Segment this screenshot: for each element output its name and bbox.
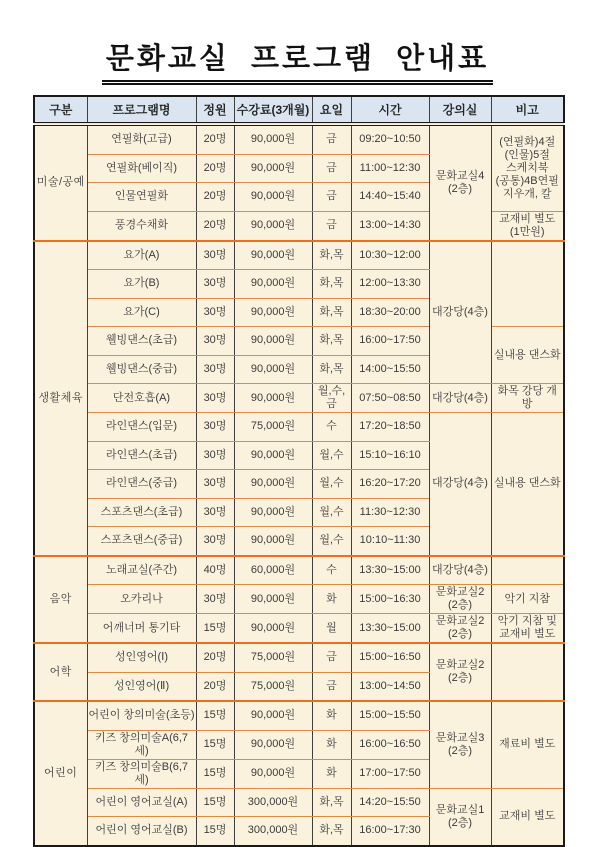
room-cell: 문화교실2 (2층) (429, 585, 491, 614)
time-cell: 17:00~17:50 (351, 759, 429, 788)
fee-cell: 90,000원 (234, 585, 312, 614)
time-cell: 16:00~17:30 (351, 817, 429, 846)
day-cell: 금 (312, 672, 351, 701)
day-cell: 화 (312, 759, 351, 788)
column-header: 시간 (351, 96, 429, 124)
capacity-cell: 20명 (196, 643, 234, 672)
time-cell: 13:00~14:50 (351, 672, 429, 701)
program-cell: 스포츠댄스(중급) (87, 527, 196, 556)
time-cell: 14:40~15:40 (351, 183, 429, 212)
table-row: 어깨너머 통기타15명90,000원월13:30~15:00문화교실2 (2층)… (34, 614, 564, 644)
header-row: 구분프로그램명정원수강료(3개월)요일시간강의실비고 (34, 96, 564, 124)
category-cell: 미술/공예 (34, 124, 87, 241)
capacity-cell: 30명 (196, 527, 234, 556)
fee-cell: 60,000원 (234, 556, 312, 585)
time-cell: 13:00~14:30 (351, 211, 429, 241)
capacity-cell: 40명 (196, 556, 234, 585)
fee-cell: 90,000원 (234, 355, 312, 384)
capacity-cell: 30명 (196, 470, 234, 499)
fee-cell: 90,000원 (234, 384, 312, 413)
capacity-cell: 15명 (196, 701, 234, 730)
program-cell: 성인영어(Ⅰ) (87, 643, 196, 672)
fee-cell: 75,000원 (234, 643, 312, 672)
column-header: 요일 (312, 96, 351, 124)
day-cell: 화,목 (312, 817, 351, 846)
capacity-cell: 20명 (196, 211, 234, 241)
program-cell: 요가(C) (87, 298, 196, 327)
room-cell: 대강당(4층) (429, 241, 491, 384)
fee-cell: 300,000원 (234, 817, 312, 846)
room-cell: 문화교실4 (2층) (429, 124, 491, 241)
table-row: 어린이 영어교실(A)15명300,000원화,목14:20~15:50문화교실… (34, 788, 564, 817)
program-cell: 요가(A) (87, 241, 196, 270)
program-cell: 풍경수채화 (87, 211, 196, 241)
time-cell: 16:00~17:50 (351, 327, 429, 356)
capacity-cell: 30명 (196, 413, 234, 442)
title-bar: 문화교실 프로그램 안내표 (0, 36, 595, 85)
day-cell: 월,수 (312, 470, 351, 499)
day-cell: 수 (312, 556, 351, 585)
time-cell: 17:20~18:50 (351, 413, 429, 442)
capacity-cell: 30명 (196, 327, 234, 356)
capacity-cell: 15명 (196, 614, 234, 644)
category-cell: 음악 (34, 556, 87, 644)
time-cell: 18:30~20:00 (351, 298, 429, 327)
room-cell: 문화교실1 (2층) (429, 788, 491, 846)
room-cell: 문화교실2 (2층) (429, 643, 491, 701)
day-cell: 화 (312, 585, 351, 614)
fee-cell: 90,000원 (234, 527, 312, 556)
table-row: 생활체육요가(A)30명90,000원화,목10:30~12:00대강당(4층) (34, 241, 564, 270)
table-row: 어린이어린이 창의미술(초등)15명90,000원화15:00~15:50문화교… (34, 701, 564, 730)
program-cell: 어린이 창의미술(초등) (87, 701, 196, 730)
note-cell (491, 241, 564, 327)
time-cell: 09:20~10:50 (351, 124, 429, 154)
fee-cell: 90,000원 (234, 241, 312, 270)
fee-cell: 90,000원 (234, 701, 312, 730)
note-cell: 교재비 별도 (491, 788, 564, 846)
program-cell: 단전호흡(A) (87, 384, 196, 413)
capacity-cell: 20명 (196, 124, 234, 154)
day-cell: 수 (312, 413, 351, 442)
day-cell: 화,목 (312, 241, 351, 270)
capacity-cell: 30명 (196, 270, 234, 299)
time-cell: 10:30~12:00 (351, 241, 429, 270)
table-row: 음악노래교실(주간)40명60,000원수13:30~15:00대강당(4층) (34, 556, 564, 585)
table-row: 어학성인영어(Ⅰ)20명75,000원금15:00~16:50문화교실2 (2층… (34, 643, 564, 672)
room-cell: 대강당(4층) (429, 556, 491, 585)
column-header: 수강료(3개월) (234, 96, 312, 124)
capacity-cell: 20명 (196, 183, 234, 212)
program-cell: 오카리나 (87, 585, 196, 614)
note-cell (491, 643, 564, 701)
day-cell: 금 (312, 643, 351, 672)
time-cell: 15:00~16:50 (351, 643, 429, 672)
note-cell: 재료비 별도 (491, 701, 564, 788)
day-cell: 금 (312, 211, 351, 241)
time-cell: 12:00~13:30 (351, 270, 429, 299)
day-cell: 화,목 (312, 298, 351, 327)
capacity-cell: 20명 (196, 154, 234, 183)
time-cell: 13:30~15:00 (351, 556, 429, 585)
column-header: 구분 (34, 96, 87, 124)
time-cell: 14:20~15:50 (351, 788, 429, 817)
program-cell: 라인댄스(입문) (87, 413, 196, 442)
note-cell: 실내용 댄스화 (491, 413, 564, 556)
time-cell: 13:30~15:00 (351, 614, 429, 644)
day-cell: 월,수 (312, 441, 351, 470)
day-cell: 화,목 (312, 355, 351, 384)
time-cell: 07:50~08:50 (351, 384, 429, 413)
program-cell: 웰빙댄스(중급) (87, 355, 196, 384)
day-cell: 월,수,금 (312, 384, 351, 413)
column-header: 프로그램명 (87, 96, 196, 124)
fee-cell: 90,000원 (234, 759, 312, 788)
fee-cell: 90,000원 (234, 270, 312, 299)
day-cell: 화,목 (312, 788, 351, 817)
note-cell: 화목 강당 개방 (491, 384, 564, 413)
fee-cell: 90,000원 (234, 470, 312, 499)
day-cell: 화 (312, 701, 351, 730)
time-cell: 16:20~17:20 (351, 470, 429, 499)
capacity-cell: 15명 (196, 759, 234, 788)
fee-cell: 90,000원 (234, 154, 312, 183)
capacity-cell: 30명 (196, 355, 234, 384)
room-cell: 문화교실3 (2층) (429, 701, 491, 788)
day-cell: 금 (312, 124, 351, 154)
fee-cell: 90,000원 (234, 298, 312, 327)
day-cell: 월 (312, 614, 351, 644)
room-cell: 문화교실2 (2층) (429, 614, 491, 644)
time-cell: 15:10~16:10 (351, 441, 429, 470)
capacity-cell: 30명 (196, 498, 234, 527)
note-cell: 악기 지참 (491, 585, 564, 614)
table-body: 미술/공예연필화(고급)20명90,000원금09:20~10:50문화교실4 … (34, 124, 564, 846)
day-cell: 월,수 (312, 527, 351, 556)
category-cell: 어학 (34, 643, 87, 701)
fee-cell: 90,000원 (234, 211, 312, 241)
program-cell: 라인댄스(초급) (87, 441, 196, 470)
note-cell: (연필화)4절 (인물)5절 스케치북 (공통)4B연필 지우개, 칼 (491, 124, 564, 211)
capacity-cell: 30명 (196, 298, 234, 327)
program-cell: 노래교실(주간) (87, 556, 196, 585)
category-cell: 생활체육 (34, 241, 87, 556)
fee-cell: 90,000원 (234, 183, 312, 212)
capacity-cell: 30명 (196, 384, 234, 413)
table-row: 라인댄스(입문)30명75,000원수17:20~18:50대강당(4층)실내용… (34, 413, 564, 442)
capacity-cell: 15명 (196, 817, 234, 846)
program-cell: 스포츠댄스(초급) (87, 498, 196, 527)
note-cell: 실내용 댄스화 (491, 327, 564, 384)
fee-cell: 75,000원 (234, 413, 312, 442)
fee-cell: 90,000원 (234, 441, 312, 470)
program-cell: 연필화(베이직) (87, 154, 196, 183)
program-cell: 어린이 영어교실(B) (87, 817, 196, 846)
time-cell: 10:10~11:30 (351, 527, 429, 556)
day-cell: 화,목 (312, 270, 351, 299)
program-cell: 요가(B) (87, 270, 196, 299)
program-cell: 라인댄스(중급) (87, 470, 196, 499)
fee-cell: 90,000원 (234, 614, 312, 644)
day-cell: 월,수 (312, 498, 351, 527)
capacity-cell: 30명 (196, 441, 234, 470)
program-cell: 인물연필화 (87, 183, 196, 212)
day-cell: 금 (312, 154, 351, 183)
program-cell: 어린이 영어교실(A) (87, 788, 196, 817)
program-cell: 어깨너머 통기타 (87, 614, 196, 644)
document-title: 문화교실 프로그램 안내표 (102, 36, 493, 85)
category-cell: 어린이 (34, 701, 87, 846)
room-cell: 대강당(4층) (429, 413, 491, 556)
capacity-cell: 15명 (196, 788, 234, 817)
program-cell: 웰빙댄스(초급) (87, 327, 196, 356)
note-cell: 악기 지참 및 교재비 별도 (491, 614, 564, 644)
note-cell (491, 556, 564, 585)
fee-cell: 90,000원 (234, 498, 312, 527)
program-table: 구분프로그램명정원수강료(3개월)요일시간강의실비고 미술/공예연필화(고급)2… (33, 95, 565, 847)
column-header: 정원 (196, 96, 234, 124)
table-row: 오카리나30명90,000원화15:00~16:30문화교실2 (2층)악기 지… (34, 585, 564, 614)
table-row: 단전호흡(A)30명90,000원월,수,금07:50~08:50대강당(4층)… (34, 384, 564, 413)
fee-cell: 90,000원 (234, 730, 312, 759)
column-header: 강의실 (429, 96, 491, 124)
table-row: 미술/공예연필화(고급)20명90,000원금09:20~10:50문화교실4 … (34, 124, 564, 154)
program-cell: 키즈 창의미술B(6,7세) (87, 759, 196, 788)
column-header: 비고 (491, 96, 564, 124)
program-cell: 연필화(고급) (87, 124, 196, 154)
capacity-cell: 20명 (196, 672, 234, 701)
day-cell: 금 (312, 183, 351, 212)
time-cell: 15:00~16:30 (351, 585, 429, 614)
time-cell: 11:30~12:30 (351, 498, 429, 527)
time-cell: 14:00~15:50 (351, 355, 429, 384)
capacity-cell: 30명 (196, 585, 234, 614)
fee-cell: 75,000원 (234, 672, 312, 701)
time-cell: 16:00~16:50 (351, 730, 429, 759)
time-cell: 11:00~12:30 (351, 154, 429, 183)
program-cell: 성인영어(Ⅱ) (87, 672, 196, 701)
fee-cell: 90,000원 (234, 124, 312, 154)
day-cell: 화 (312, 730, 351, 759)
note-cell: 교재비 별도 (1만원) (491, 211, 564, 241)
program-cell: 키즈 창의미술A(6,7세) (87, 730, 196, 759)
day-cell: 화,목 (312, 327, 351, 356)
capacity-cell: 30명 (196, 241, 234, 270)
capacity-cell: 15명 (196, 730, 234, 759)
time-cell: 15:00~15:50 (351, 701, 429, 730)
fee-cell: 300,000원 (234, 788, 312, 817)
fee-cell: 90,000원 (234, 327, 312, 356)
room-cell: 대강당(4층) (429, 384, 491, 413)
